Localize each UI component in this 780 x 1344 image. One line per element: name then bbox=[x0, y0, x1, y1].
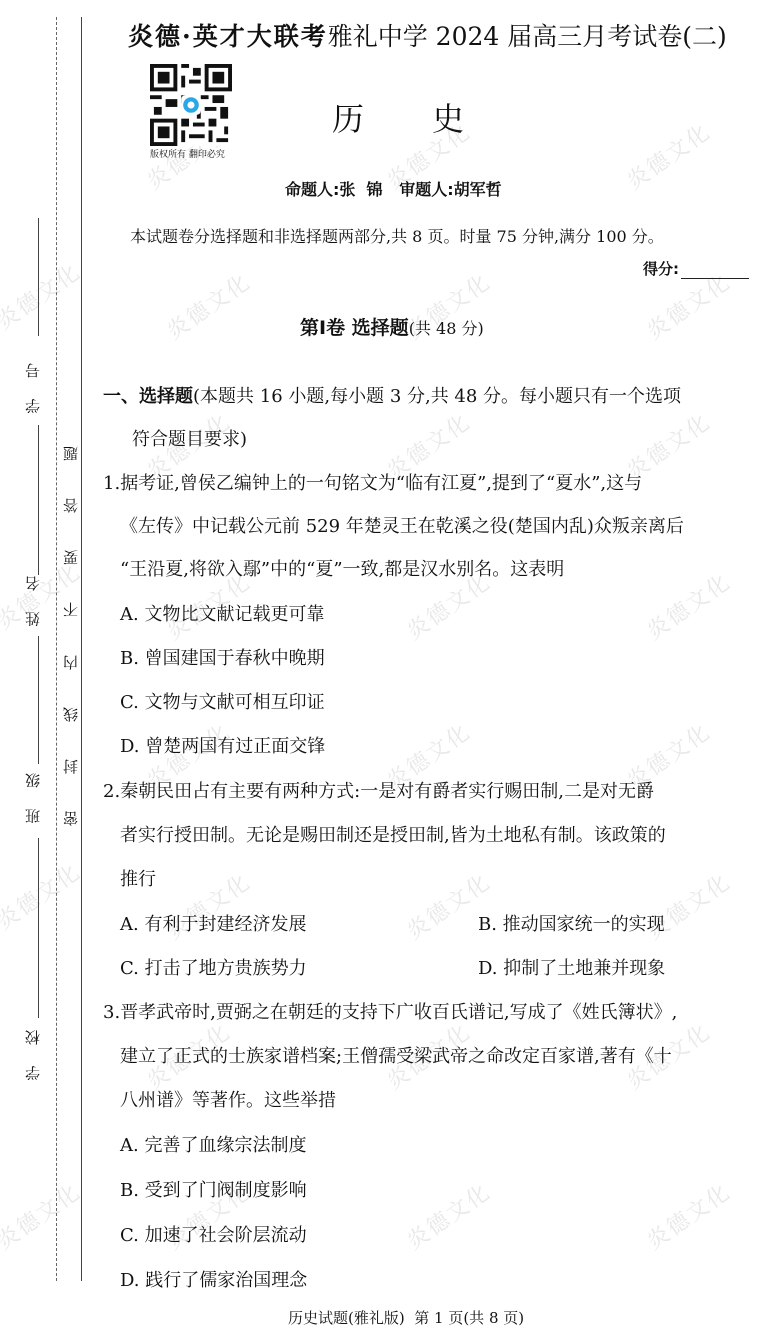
option-a[interactable]: A. 完善了血缘宗法制度 bbox=[120, 1131, 306, 1157]
option-d[interactable]: D. 抑制了土地兼并现象 bbox=[478, 954, 665, 980]
option-c[interactable]: C. 文物与文献可相互印证 bbox=[120, 688, 325, 714]
option-d[interactable]: D. 曾楚两国有过正面交锋 bbox=[120, 732, 325, 758]
question-stem-line: 1.据考证,曾侯乙编钟上的一句铭文为“临有江夏”,提到了“夏水”,这与 bbox=[103, 469, 642, 495]
exam-intro: 本试题卷分选择题和非选择题两部分,共 8 页。时量 75 分钟,满分 100 分… bbox=[130, 224, 664, 247]
watermark: 炎德文化 bbox=[0, 855, 86, 935]
student-id-label: 学 号 bbox=[22, 355, 43, 414]
student-id-line[interactable] bbox=[38, 218, 39, 336]
question-stem-line: 3.晋孝武帝时,贾弼之在朝廷的支持下广收百氏谱记,写成了《姓氏簿状》, bbox=[103, 998, 677, 1024]
binding-solid-line bbox=[81, 17, 82, 1281]
seal-notice: 密 封 线 内 不 要 答 题 bbox=[60, 446, 80, 826]
seal-char: 密 bbox=[60, 811, 80, 826]
question-number: 1. bbox=[103, 473, 120, 494]
class-line[interactable] bbox=[38, 838, 39, 1018]
option-c[interactable]: C. 打击了地方贵族势力 bbox=[120, 954, 307, 980]
stem-text: 晋孝武帝时,贾弼之在朝廷的支持下广收百氏谱记,写成了《姓氏簿状》, bbox=[120, 1002, 677, 1023]
watermark: 炎德文化 bbox=[400, 1175, 496, 1255]
seal-char: 内 bbox=[60, 655, 80, 670]
subject-char: 历 bbox=[332, 100, 364, 138]
question-stem-line: 者实行授田制。无论是赐田制还是授田制,皆为土地私有制。该政策的 bbox=[120, 821, 666, 847]
watermark: 炎德文化 bbox=[160, 265, 256, 345]
stem-text: 秦朝民田占有主要有两种方式:一是对有爵者实行赐田制,二是对无爵 bbox=[120, 781, 654, 802]
question-stem-line: 推行 bbox=[120, 865, 156, 891]
seal-dashed-line bbox=[56, 17, 57, 1281]
seal-char: 要 bbox=[60, 550, 80, 565]
question-stem-line: 建立了正式的士族家谱档案;王僧孺受梁武帝之命改定百家谱,著有《十 bbox=[120, 1042, 672, 1068]
seal-char: 线 bbox=[60, 707, 80, 722]
qr-code-icon bbox=[150, 64, 232, 146]
score-blank[interactable] bbox=[681, 262, 749, 279]
question-stem-line: 八州谱》等著作。这些举措 bbox=[120, 1086, 336, 1112]
page-footer: 历史试题(雅礼版) 第 1 页(共 8 页) bbox=[288, 1307, 524, 1328]
part-instructions-cont: 符合题目要求) bbox=[132, 425, 247, 451]
school-label: 学 校 bbox=[22, 1022, 43, 1081]
qr-caption: 版权所有 翻印必究 bbox=[150, 147, 225, 160]
stem-text: 据考证,曾侯乙编钟上的一句铭文为“临有江夏”,提到了“夏水”,这与 bbox=[120, 473, 642, 494]
option-a[interactable]: A. 文物比文献记载更可靠 bbox=[120, 600, 324, 626]
section-heading: 第Ⅰ卷 选择题 bbox=[300, 317, 409, 339]
question-stem-line: 《左传》中记载公元前 529 年楚灵王在乾溪之役(楚国内乱)众叛亲离后 bbox=[120, 512, 684, 538]
section-title: 第Ⅰ卷 选择题(共 48 分) bbox=[300, 313, 484, 340]
question-stem-line: “王沿夏,将欲入鄢”中的“夏”一致,都是汉水别名。这表明 bbox=[120, 555, 564, 581]
class-label: 班 级 bbox=[22, 765, 43, 824]
seal-char: 答 bbox=[60, 498, 80, 513]
watermark: 炎德文化 bbox=[0, 1175, 86, 1255]
seal-char: 封 bbox=[60, 759, 80, 774]
name-label: 姓 名 bbox=[22, 568, 43, 627]
part-instructions: (本题共 16 小题,每小题 3 分,共 48 分。每小题只有一个选项 bbox=[193, 386, 681, 407]
watermark: 炎德文化 bbox=[640, 1175, 736, 1255]
seal-char: 不 bbox=[60, 602, 80, 617]
part-title: 一、选择题 bbox=[103, 386, 193, 407]
question-number: 3. bbox=[103, 1002, 120, 1023]
option-b[interactable]: B. 受到了门阀制度影响 bbox=[120, 1176, 307, 1202]
watermark: 炎德文化 bbox=[0, 255, 86, 335]
authors-line: 命题人:张 锦 审题人:胡军哲 bbox=[285, 177, 502, 200]
seal-char: 题 bbox=[60, 446, 80, 461]
section-points: (共 48 分) bbox=[409, 319, 484, 338]
question-number: 2. bbox=[103, 781, 120, 802]
subject-char: 史 bbox=[432, 100, 464, 138]
question-stem-line: 2.秦朝民田占有主要有两种方式:一是对有爵者实行赐田制,二是对无爵 bbox=[103, 777, 654, 803]
option-a[interactable]: A. 有利于封建经济发展 bbox=[120, 910, 306, 936]
option-b[interactable]: B. 曾国建国于春秋中晚期 bbox=[120, 644, 325, 670]
watermark: 炎德文化 bbox=[620, 115, 716, 195]
subject-title: 历史 bbox=[332, 94, 464, 140]
score-field: 得分: bbox=[643, 258, 749, 279]
part-heading: 一、选择题(本题共 16 小题,每小题 3 分,共 48 分。每小题只有一个选项 bbox=[103, 382, 681, 408]
watermark: 炎德文化 bbox=[640, 565, 736, 645]
exam-header: 炎德·英才大联考雅礼中学 2024 届高三月考试卷(二) bbox=[128, 17, 727, 53]
option-c[interactable]: C. 加速了社会阶层流动 bbox=[120, 1221, 307, 1247]
exam-title: 雅礼中学 2024 届高三月考试卷(二) bbox=[328, 22, 727, 51]
option-d[interactable]: D. 践行了儒家治国理念 bbox=[120, 1266, 307, 1292]
option-b[interactable]: B. 推动国家统一的实现 bbox=[478, 910, 665, 936]
name-field-line bbox=[38, 425, 39, 575]
brand-name: 炎德·英才大联考 bbox=[128, 22, 328, 51]
name-line[interactable] bbox=[38, 636, 39, 764]
score-label: 得分: bbox=[643, 260, 679, 278]
